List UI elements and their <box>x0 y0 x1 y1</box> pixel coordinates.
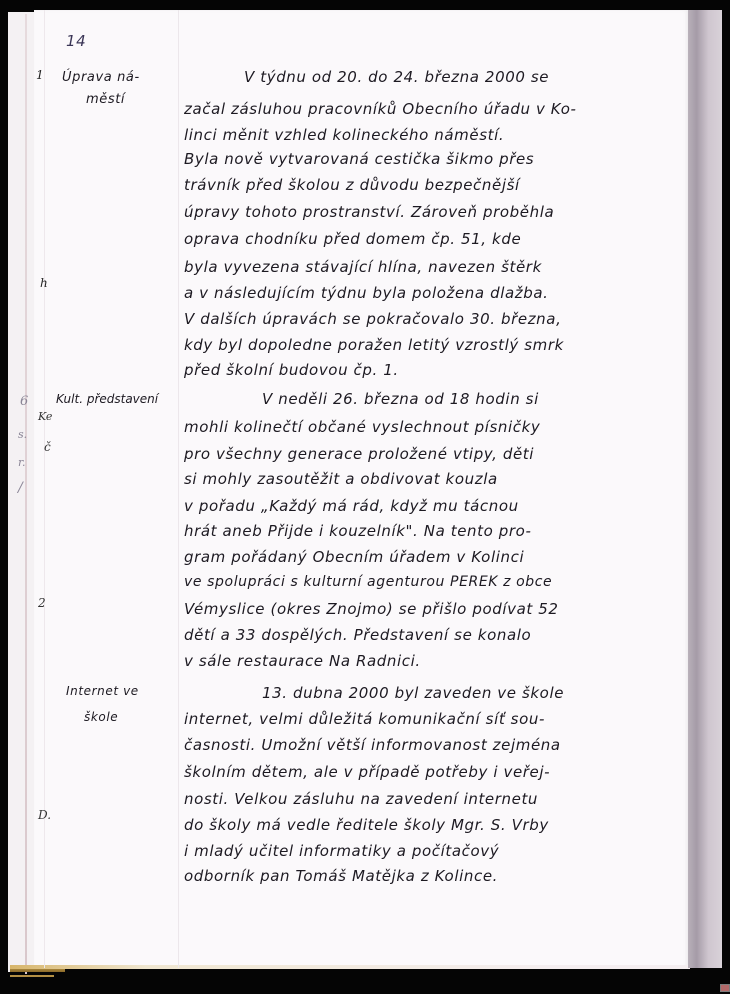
text-line: nosti. Velkou zásluhu na zavedení intern… <box>184 790 538 808</box>
text-line: Byla nově vytvarovaná cestička šikmo pře… <box>184 150 534 168</box>
text-line: mohli kolinečtí občané vyslechnout písni… <box>184 418 540 436</box>
margin-heading-square-renovation-cont: městí <box>86 92 125 107</box>
text-line: kdy byl dopoledne poražen letitý vzrostl… <box>184 336 564 354</box>
edge-mark: Ke <box>38 410 52 423</box>
text-line: časnosti. Umožní větší informovanost zej… <box>184 736 561 754</box>
scanned-page-photo: 1 h 6 Ke s. č r. / 2 D. 14 Úprava ná- mě… <box>0 0 730 994</box>
text-line: školním dětem, ale v případě potřeby i v… <box>184 763 550 781</box>
text-line: internet, velmi důležitá komunikační síť… <box>184 710 545 728</box>
text-line: trávník před školou z důvodu bezpečnější <box>184 176 520 194</box>
text-line: V neděli 26. března od 18 hodin si <box>262 390 539 408</box>
text-line: V dalších úpravách se pokračovalo 30. bř… <box>184 310 561 328</box>
margin-rule <box>178 10 179 968</box>
corner-marker <box>720 984 730 992</box>
text-line: V týdnu od 20. do 24. března 2000 se <box>244 68 549 86</box>
edge-mark: 6 <box>20 394 28 409</box>
text-line: byla vyvezena stávající hlína, navezen š… <box>184 258 542 276</box>
page-bottom-edge <box>10 965 690 969</box>
edge-mark: D. <box>38 808 51 822</box>
text-line: před školní budovou čp. 1. <box>184 361 399 379</box>
text-line: úpravy tohoto prostranství. Zároveň prob… <box>184 203 554 221</box>
margin-heading-internet-at-school: Internet ve <box>66 684 139 698</box>
margin-heading-square-renovation: Úprava ná- <box>62 70 140 85</box>
text-line: do školy má vedle ředitele školy Mgr. S.… <box>184 816 549 834</box>
text-line: v sále restaurace Na Radnici. <box>184 652 421 670</box>
text-line: oprava chodníku před domem čp. 51, kde <box>184 230 521 248</box>
text-line: i mladý učitel informatiky a počítačový <box>184 842 499 860</box>
margin-heading-internet-at-school-cont: škole <box>84 710 118 724</box>
text-line: pro všechny generace proložené vtipy, dě… <box>184 445 534 463</box>
book-gilt-edge-line <box>10 975 54 977</box>
edge-mark: s. <box>18 428 27 441</box>
text-line: a v následujícím týdnu byla položena dla… <box>184 284 549 302</box>
text-line: začal zásluhou pracovníků Obecního úřadu… <box>184 100 577 118</box>
text-line: Vémyslice (okres Znojmo) se přišlo podív… <box>184 600 559 618</box>
text-line: odborník pan Tomáš Matějka z Kolince. <box>184 867 498 885</box>
text-line: dětí a 33 dospělých. Představení se kona… <box>184 626 531 644</box>
edge-mark: 1 <box>36 68 44 82</box>
margin-heading-cultural-performance: Kult. představení <box>56 392 158 406</box>
text-line: hrát aneb Přijde i kouzelník". Na tento … <box>184 522 531 540</box>
page-edge-line <box>25 14 27 974</box>
edge-mark: č <box>44 440 51 454</box>
text-line: ve spolupráci s kulturní agenturou PEREK… <box>184 574 552 590</box>
text-line: v pořadu „Každý má rád, když mu tácnou <box>184 497 519 515</box>
edge-mark: h <box>40 276 48 290</box>
text-line: si mohly zasoutěžit a obdivovat kouzla <box>184 470 498 488</box>
edge-mark: r. <box>18 456 26 469</box>
edge-mark: 2 <box>38 596 46 610</box>
edge-mark: / <box>18 480 23 496</box>
text-line: gram pořádaný Obecním úřadem v Kolinci <box>184 548 524 566</box>
text-line: 13. dubna 2000 byl zaveden ve škole <box>262 684 564 702</box>
book-gutter-shadow <box>688 10 722 968</box>
page-number: 14 <box>66 32 86 50</box>
inner-rule <box>44 10 45 968</box>
text-line: linci měnit vzhled kolineckého náměstí. <box>184 126 504 144</box>
